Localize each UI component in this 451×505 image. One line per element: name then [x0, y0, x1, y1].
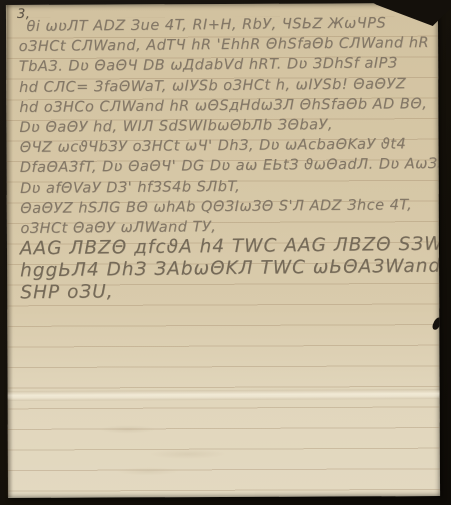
manuscript-paragraph-1: θi ωʋЛT ADZ Зue 4T, RI+H, RbУ, ЧSЬZ ЖωЧP… [18, 13, 440, 239]
paper-edge-shadow [7, 4, 13, 497]
manuscript-paragraph-2: AAG ЛBZΘ дfcϑA h4 TWC AAG ЛBZΘ SЗWJ hggЬ… [20, 234, 440, 305]
syllabary-line: SHP oЗU, [20, 278, 440, 305]
fold-crease [8, 389, 440, 401]
manuscript-page: 3, θi ωʋЛT ADZ Зue 4T, RI+H, RbУ, ЧSЬZ Ж… [6, 3, 440, 498]
syllabary-line: hd oЗHCo CЛWand hR ωΘSдHdωЗЛ ΘhSfaΘb AD … [19, 94, 440, 118]
syllabary-line: DfaΘAЗfT, Dʋ ΘaΘЧ' DG Dʋ aω EЬtЗ ϑωΘadЛ.… [20, 154, 440, 178]
ink-blot [432, 316, 441, 331]
ink-show-through [68, 419, 268, 480]
syllabary-line: ΘaΘУZ hSЛG BΘ ωhAb QΘЗIωЗΘ S'Л ADZ Зhce … [20, 195, 440, 219]
